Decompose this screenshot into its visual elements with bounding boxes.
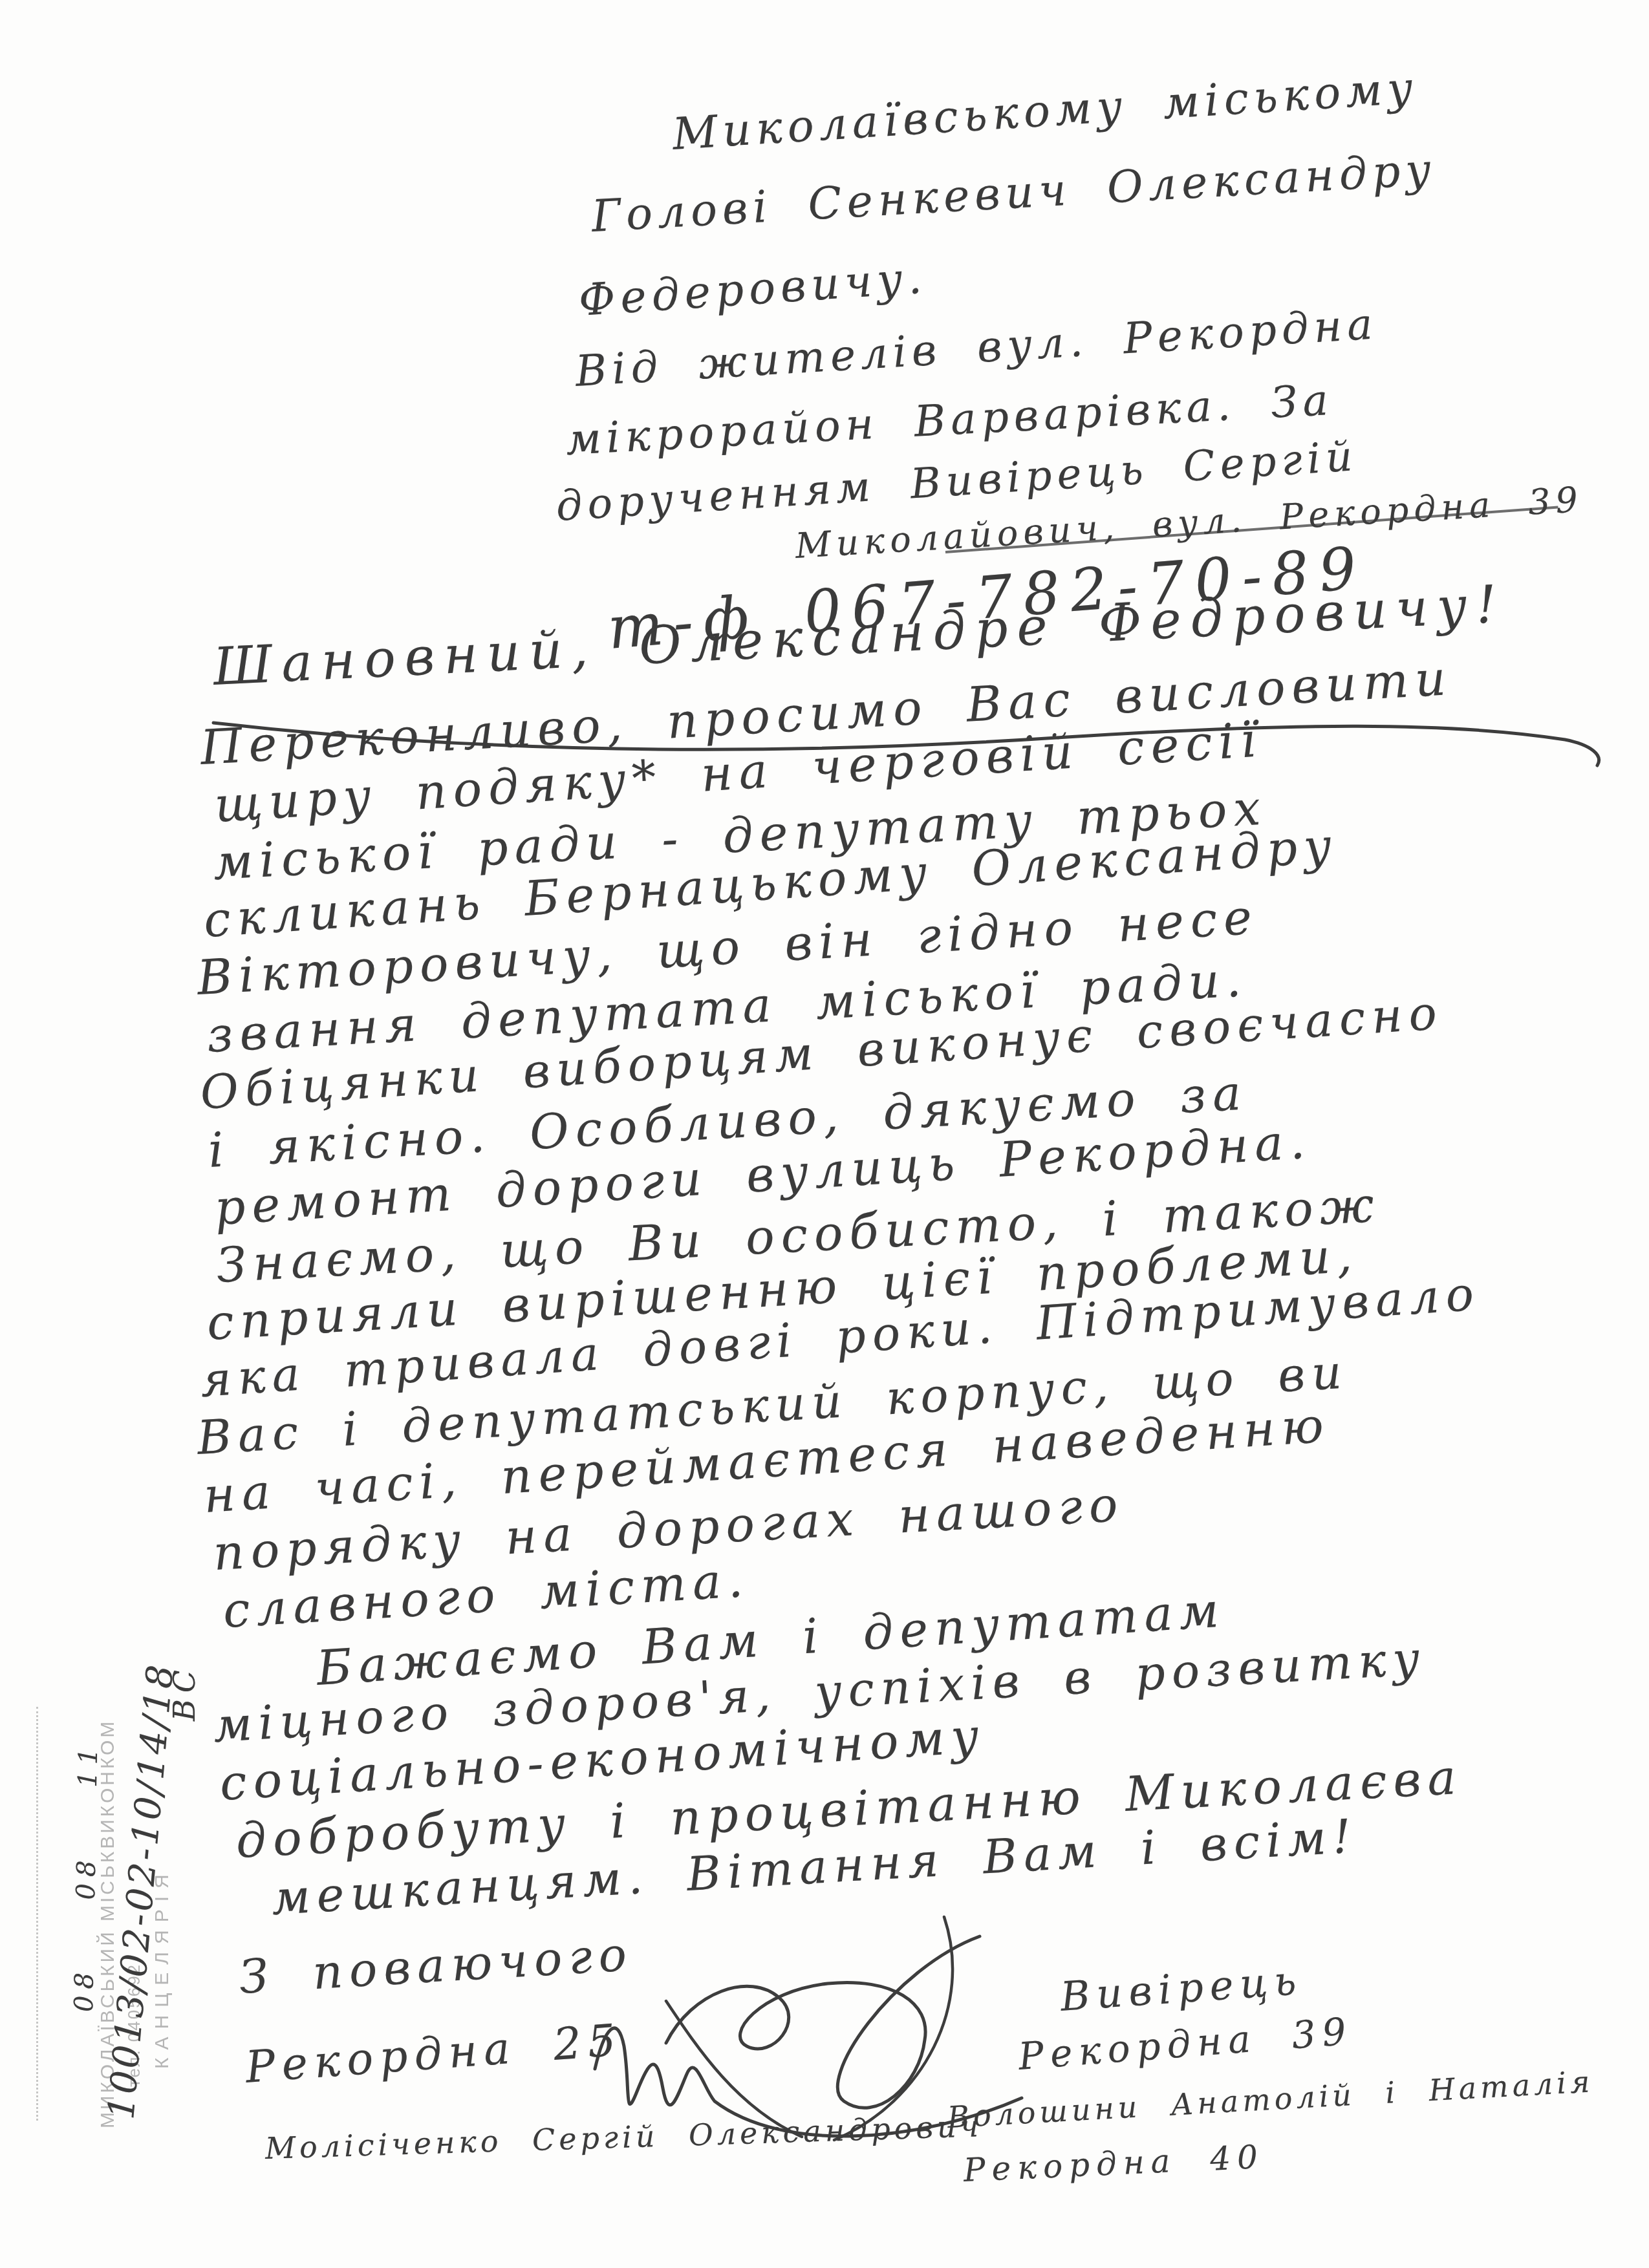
closing-line: З поваючого [238, 1931, 634, 2000]
header-line-2: Голові Сенкевич Олександру [590, 148, 1437, 239]
signature-left-address: Рекордна 25 [244, 2018, 624, 2090]
stamp-edge-line [36, 1707, 38, 2121]
signature-right-name: Вивірець [1059, 1960, 1304, 2017]
stamp-initials: ВС [169, 1664, 199, 1721]
scanned-letter-page: Миколаївському міському Голові Сенкевич … [0, 0, 1649, 2268]
header-line-1: Миколаївському міському [671, 67, 1419, 157]
header-line-3: Федеровичу. [577, 256, 929, 323]
registration-stamp: 08 08 11 МИКОЛАЇВСЬКИЙ МІСЬКВИКОНКОМ тел… [72, 1668, 219, 2128]
